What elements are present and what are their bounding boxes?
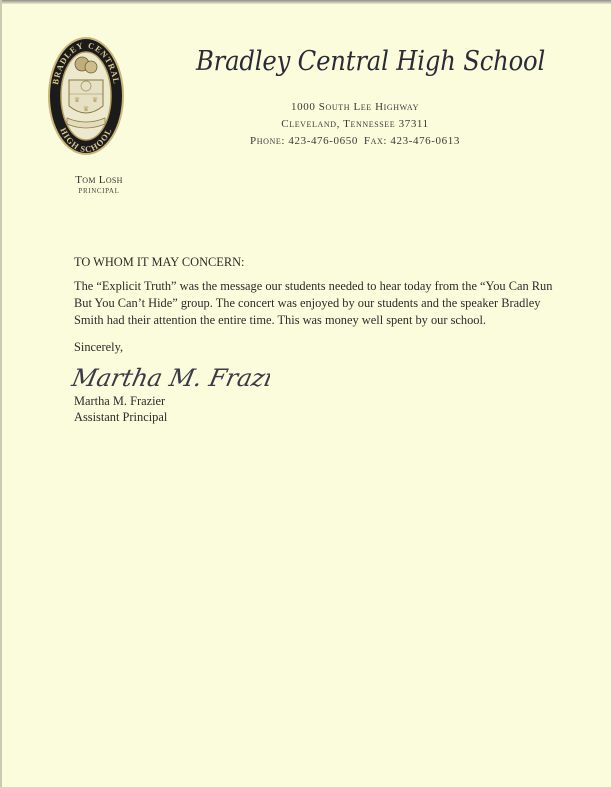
- phone-number: Phone: 423-476-0650: [250, 135, 358, 147]
- salutation: TO WHOM IT MAY CONCERN:: [74, 255, 245, 270]
- letter-body: The “Explicit Truth” was the message our…: [74, 278, 554, 329]
- page-scan-edge-top: [0, 0, 611, 4]
- svg-text:♛: ♛: [83, 105, 89, 113]
- fax-number: Fax: 423-476-0613: [364, 135, 460, 147]
- svg-text:♛: ♛: [92, 96, 98, 104]
- body-line: But You Can’t Hide” group. The concert w…: [74, 295, 554, 312]
- school-seal-icon: BRADLEY CENTRAL HIGH SCHOOL ♛ ♛ ♛: [47, 36, 125, 156]
- school-name: Bradley Central High School: [196, 46, 470, 77]
- principal-title: Principal: [62, 187, 136, 195]
- page-scan-edge-left: [0, 0, 2, 787]
- body-line: The “Explicit Truth” was the message our…: [74, 278, 554, 295]
- signer-name: Martha M. Frazier: [74, 394, 165, 409]
- contact-line: Phone: 423-476-0650Fax: 423-476-0613: [190, 135, 520, 147]
- body-line: Smith had their attention the entire tim…: [74, 312, 554, 329]
- svg-text:♛: ♛: [74, 96, 80, 104]
- signature-text: Martha M. Frazier: [70, 363, 270, 392]
- signer-title: Assistant Principal: [74, 410, 167, 425]
- address-city-state-zip: Cleveland, Tennessee 37311: [190, 118, 520, 130]
- address-street: 1000 South Lee Highway: [190, 101, 520, 113]
- principal-name: Tom Losh: [62, 174, 136, 186]
